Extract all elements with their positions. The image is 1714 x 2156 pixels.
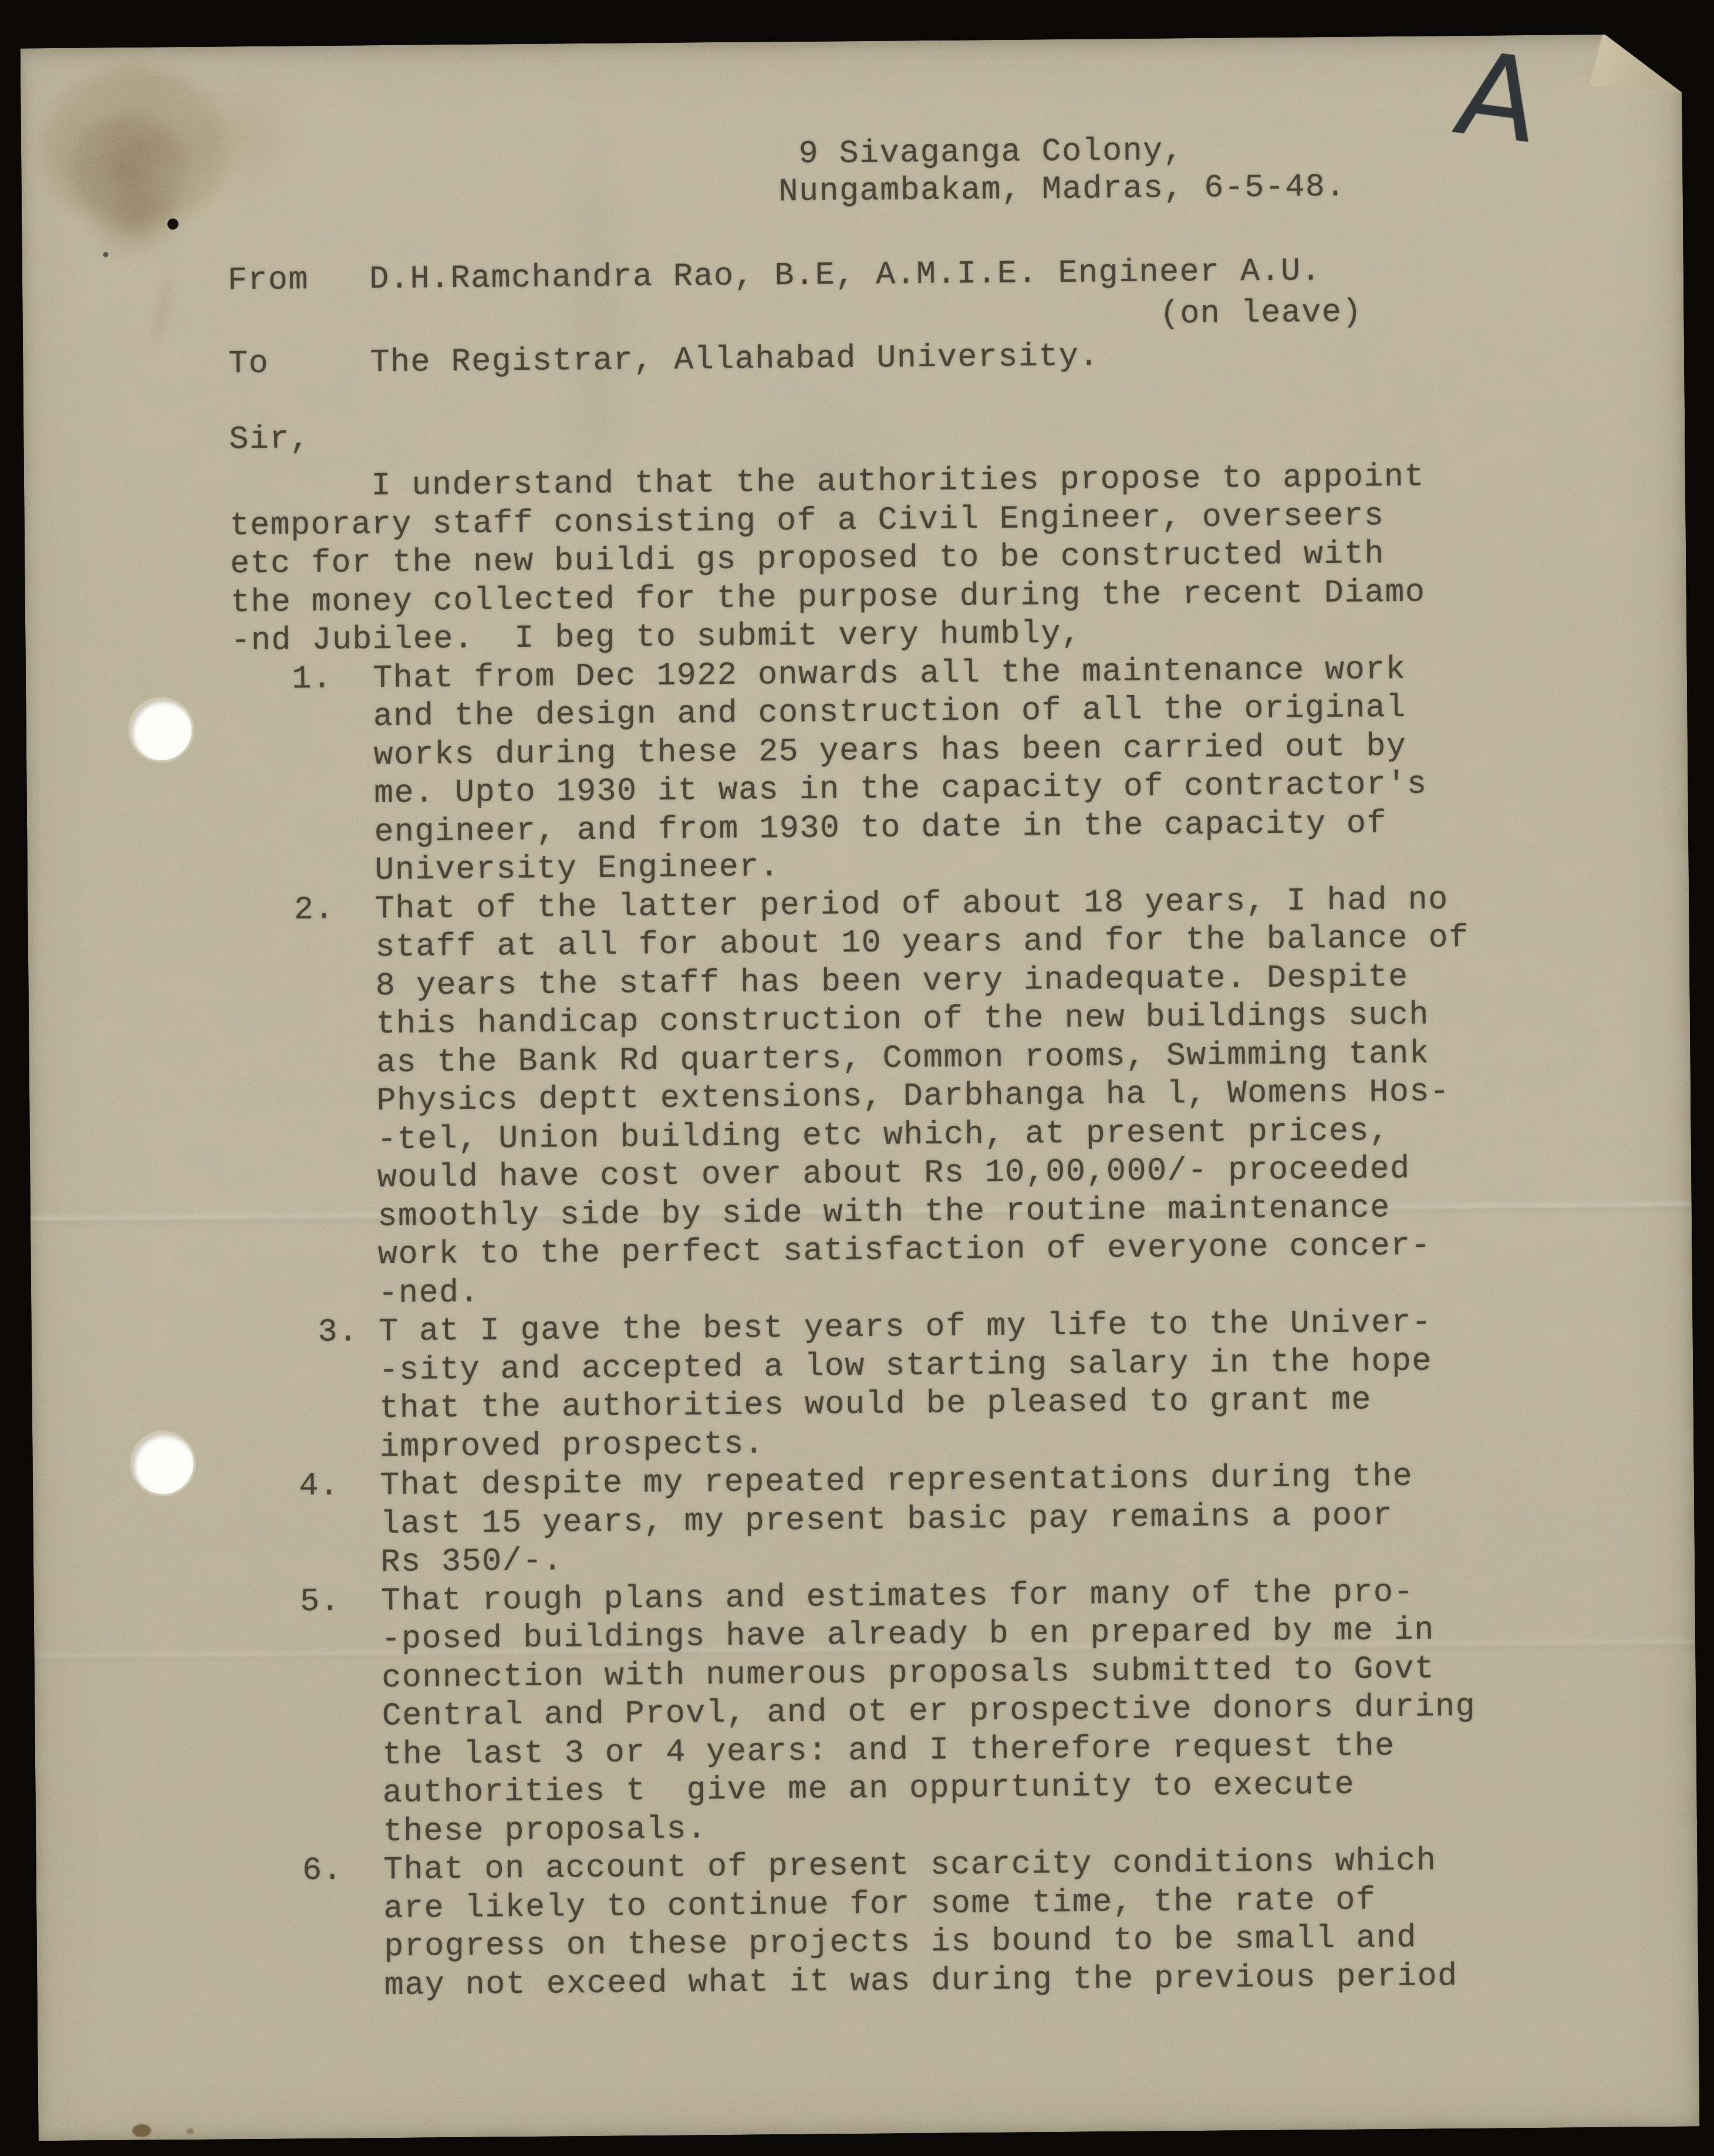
from-to-block: From D.H.Ramchandra Rao, B.E, A.M.I.E. E… bbox=[228, 249, 1363, 384]
letter-page: 9 Sivaganga Colony, Nungambakam, Madras,… bbox=[20, 34, 1699, 2141]
handwritten-a-annotation: A bbox=[1443, 32, 1607, 182]
stain-halo bbox=[155, 40, 333, 235]
stain-core bbox=[44, 88, 215, 248]
salutation: Sir, bbox=[229, 420, 311, 459]
paper-speck bbox=[103, 252, 109, 257]
sender-address-block: 9 Sivaganga Colony, Nungambakam, Madras,… bbox=[778, 131, 1346, 211]
punch-hole-top bbox=[130, 699, 192, 761]
pin-hole bbox=[167, 218, 178, 230]
stain-lobe bbox=[62, 170, 204, 277]
stain-streak bbox=[131, 234, 193, 389]
punch-hole-bottom bbox=[132, 1433, 194, 1494]
letter-body: I understand that the authorities propos… bbox=[230, 457, 1479, 2006]
scanned-letter-scene: 9 Sivaganga Colony, Nungambakam, Madras,… bbox=[0, 0, 1714, 2156]
paper-speck bbox=[186, 2128, 194, 2134]
paper-speck bbox=[132, 2124, 151, 2137]
stain-blob bbox=[0, 29, 275, 278]
